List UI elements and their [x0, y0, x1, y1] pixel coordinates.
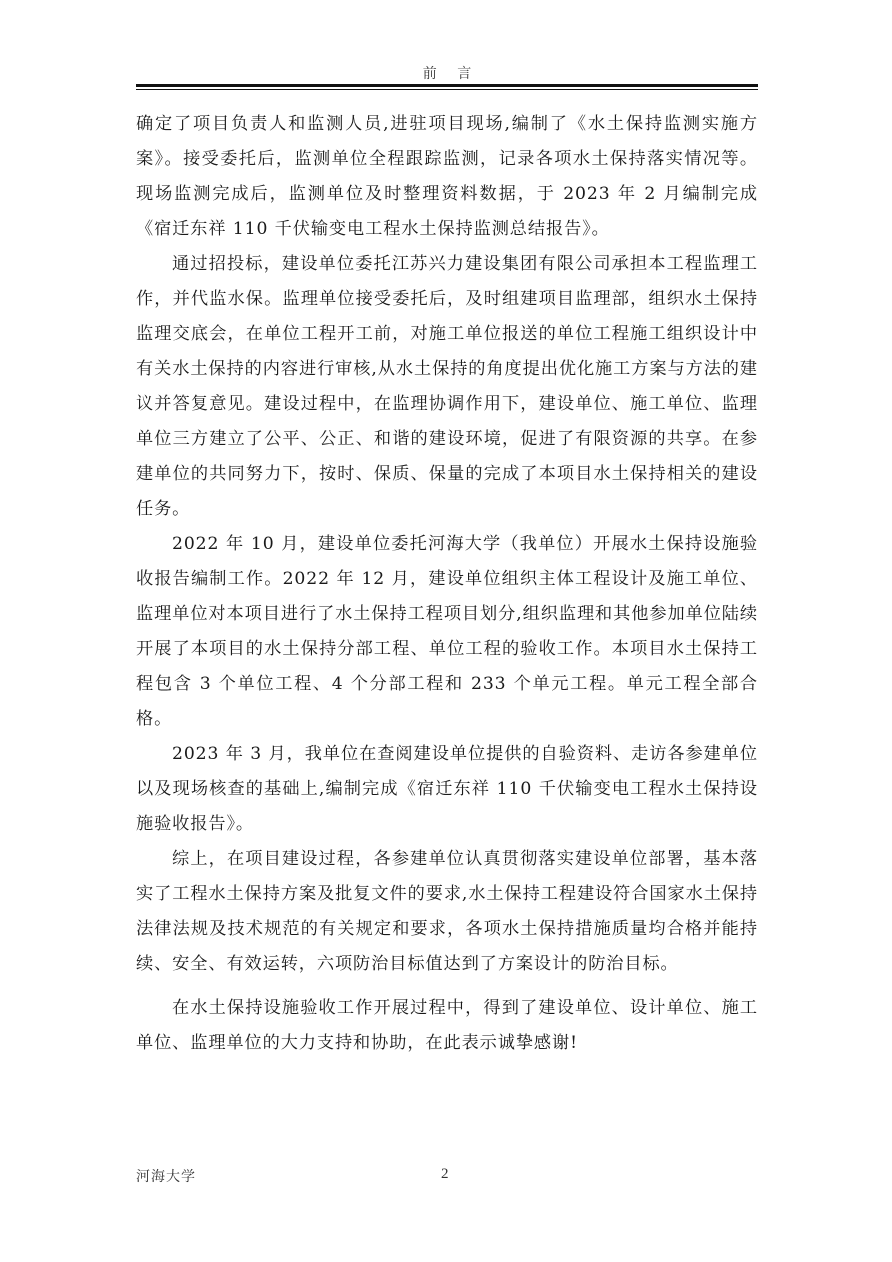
- paragraph-3: 2022 年 10 月，建设单位委托河海大学（我单位）开展水土保持设施验收报告编…: [136, 527, 758, 737]
- page-footer: 河海大学 2: [136, 1166, 758, 1188]
- paragraph-6: 在水土保持设施验收工作开展过程中，得到了建设单位、设计单位、施工单位、监理单位的…: [136, 991, 758, 1061]
- body-text: 确定了项目负责人和监测人员,进驻项目现场,编制了《水土保持监测实施方案》。接受委…: [136, 107, 758, 1061]
- paragraph-2: 通过招投标，建设单位委托江苏兴力建设集团有限公司承担本工程监理工作，并代监水保。…: [136, 247, 758, 527]
- paragraph-5: 综上，在项目建设过程，各参建单位认真贯彻落实建设单位部署，基本落实了工程水土保持…: [136, 842, 758, 982]
- header-rule-thick: [136, 84, 758, 87]
- footer-organization: 河海大学: [136, 1166, 196, 1186]
- page-number: 2: [441, 1166, 449, 1183]
- page-header: 前 言: [136, 64, 758, 90]
- paragraph-1: 确定了项目负责人和监测人员,进驻项目现场,编制了《水土保持监测实施方案》。接受委…: [136, 107, 758, 247]
- header-title: 前 言: [136, 64, 758, 84]
- paragraph-4: 2023 年 3 月，我单位在查阅建设单位提供的自验资料、走访各参建单位以及现场…: [136, 737, 758, 842]
- header-rule-thin: [136, 89, 758, 90]
